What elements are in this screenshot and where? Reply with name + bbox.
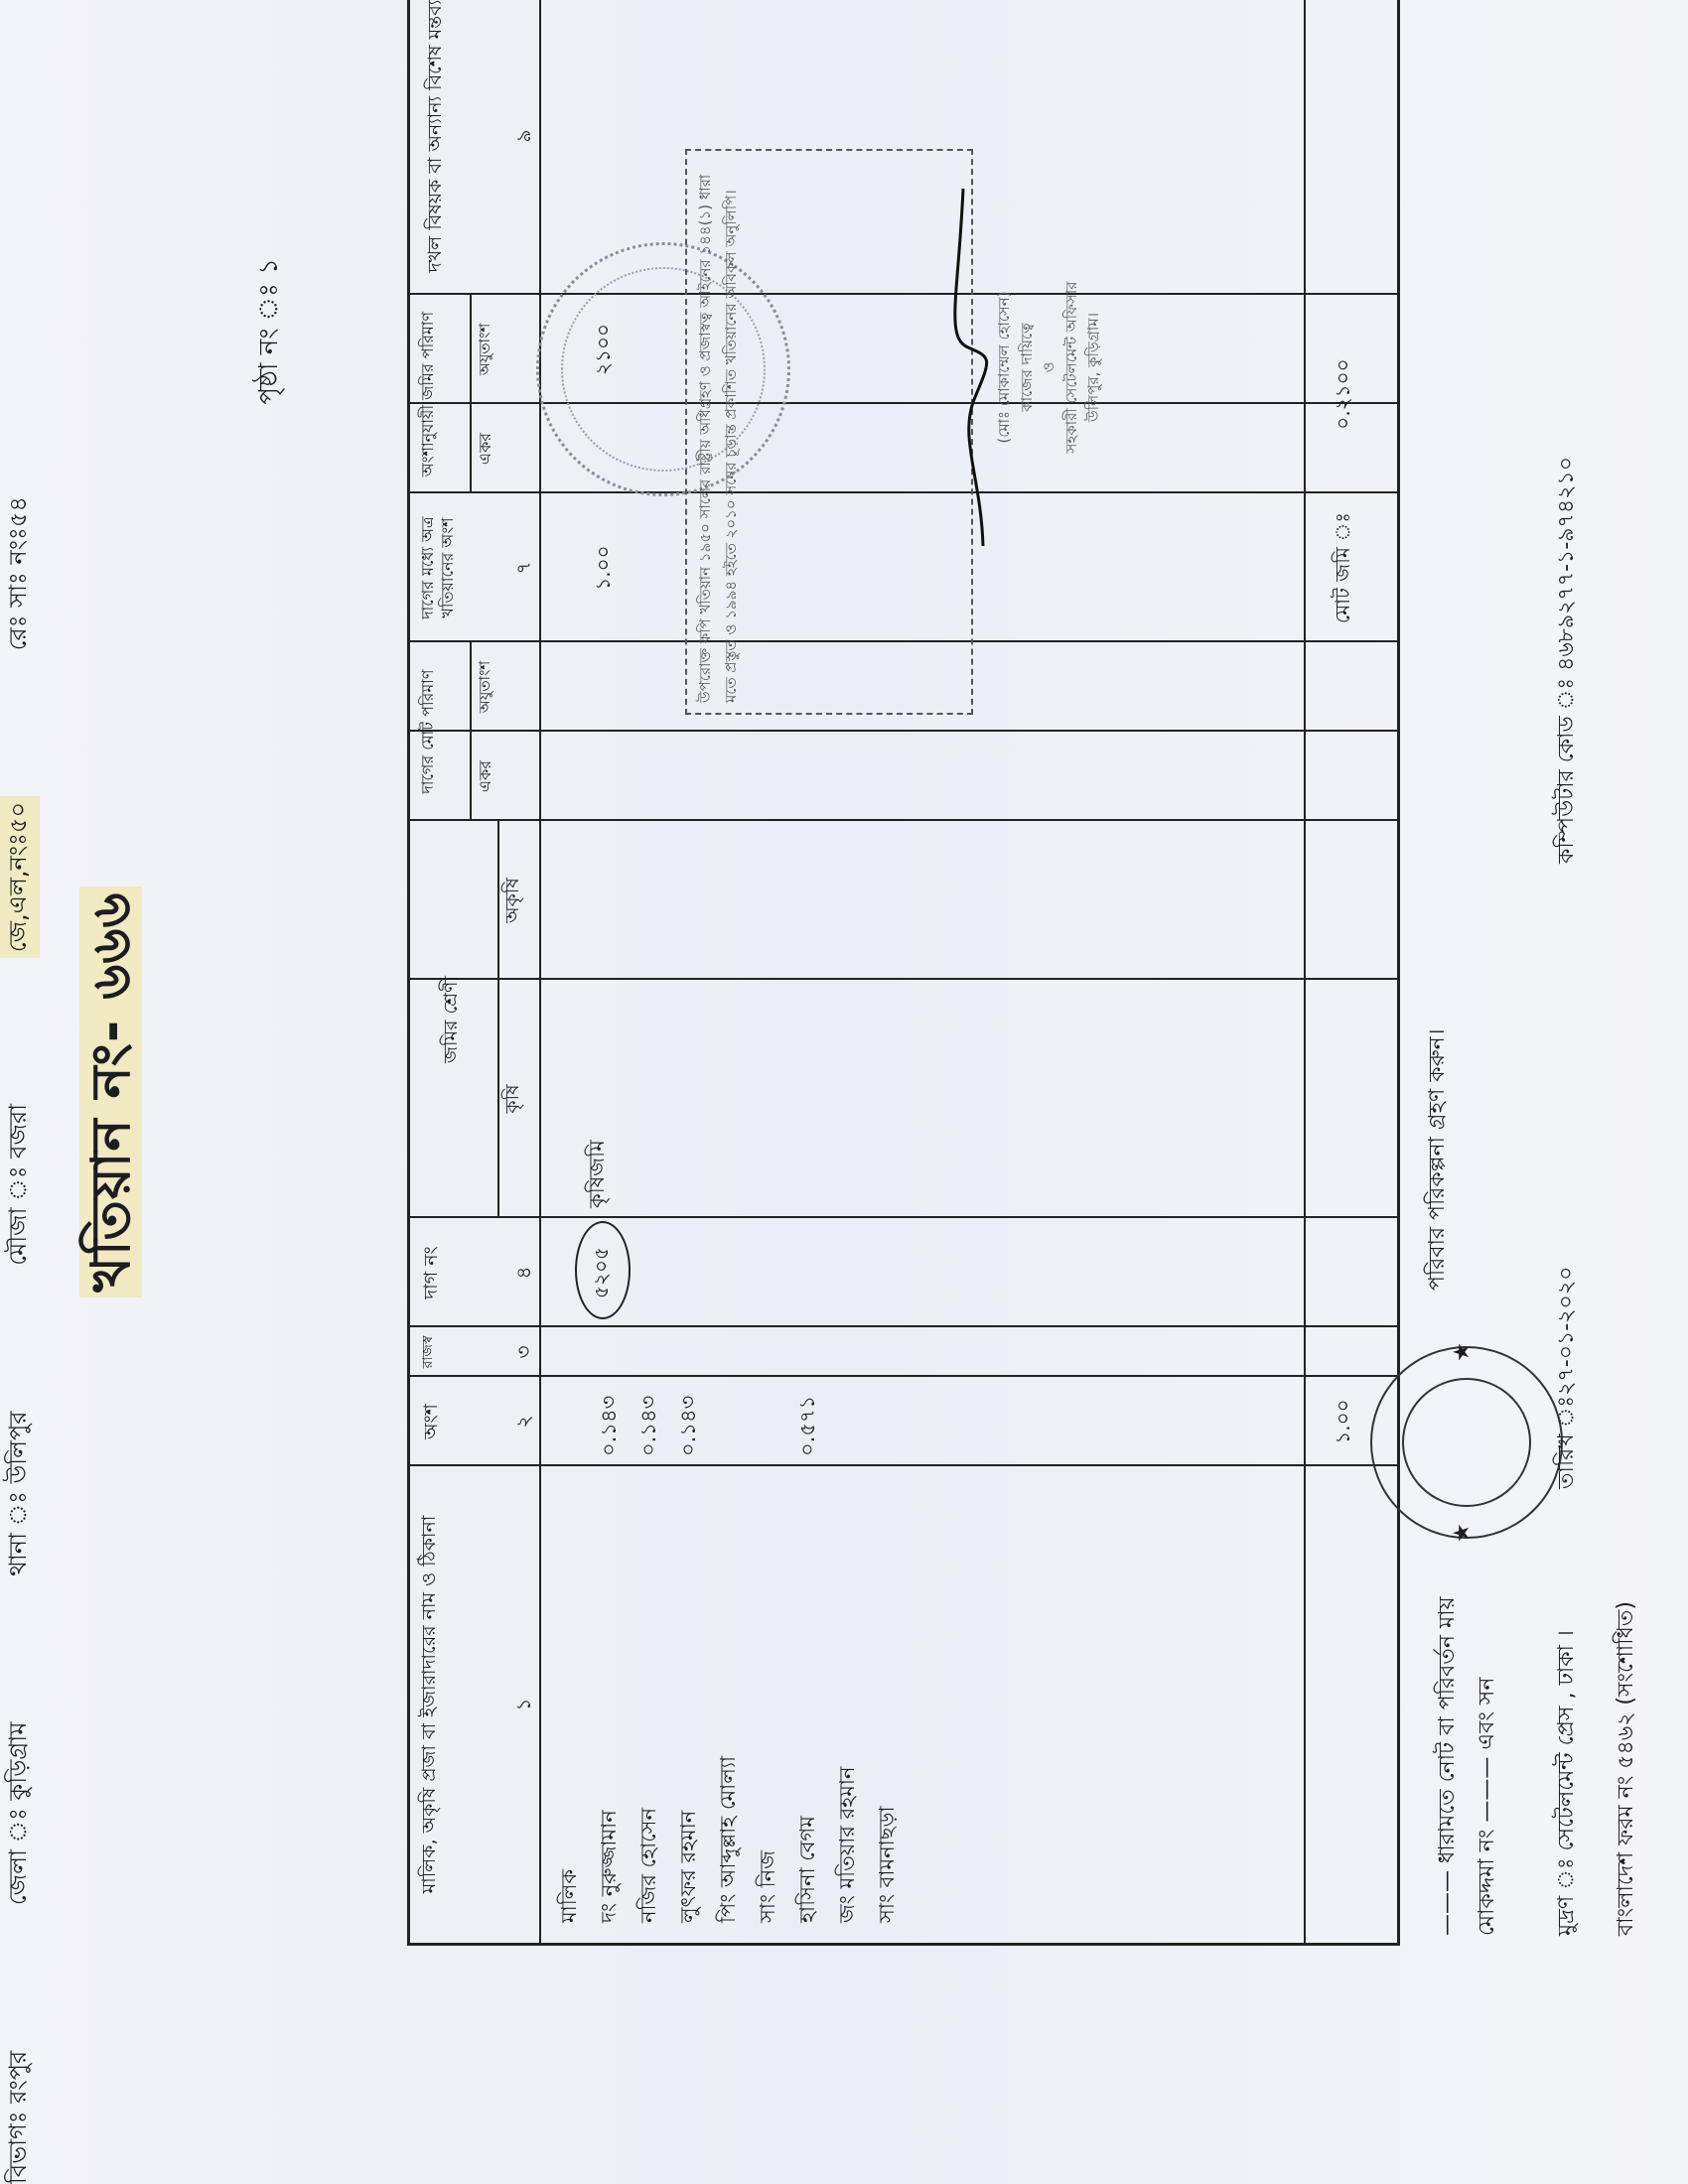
thana: থানা ঃ উলিপুর [0,1411,40,1575]
computer-code: কম্পিউটার কোড ঃ ৪৬৮৯২৭৭-১-৯৭৪২১০ [1549,457,1586,864]
header-agri: কৃষি [501,980,525,1218]
header-share-area: অংশানুযায়ী জমির পরিমাণ [418,295,438,493]
print-date: তারিখ ঃ২৭-০১-২০২০ [1549,1267,1586,1489]
owner-line: হাসিনা বেগম [787,1756,827,1923]
owner-list: মালিক দং নুরুজ্জামান নজির হোসেন লুৎফর রহ… [549,1756,907,1923]
division: বিভাগঃ রংপুর [0,2051,40,2184]
jl-number: জে,এল,নংঃ৫০ [0,796,40,958]
col-dag-acre [410,730,1397,821]
case-number: মোকদ্দমা নং ——— এবং সন [1470,1678,1506,1936]
total-land-value: ০.২১০০ [1329,295,1361,493]
colnum-dag: ৪ [509,1218,542,1327]
khatian-page: খতিয়ান নং- ৬৬৬ পৃষ্ঠা নং ঃ ১ বিভাগঃ রংপ… [0,0,1688,2184]
share-value: ০.১৪৩ [668,1396,708,1456]
printer-info: মুদ্রণ ঃ সেটেলমেন্ট প্রেস , ঢাকা । [1549,1630,1586,1936]
signatory-name: (মোঃ মোকাম্মেল হোসেন) [993,189,1016,546]
owner-line: সাং নিজ [748,1756,787,1923]
land-class-value: কৃষিজমি [577,1140,617,1208]
page-number: পৃষ্ঠা নং ঃ ১ [248,258,292,405]
colnum-owner: ১ [509,1466,542,1943]
signatory-title: সহকারী সেটেলমেন্ট অফিসার [1060,189,1083,546]
section-note: ——— ধারামতে নোট বা পরিবর্তন মায় [1430,1596,1467,1936]
colnum-share: ২ [509,1377,542,1466]
share-value: ০.৫৭১ [787,1396,827,1456]
colnum-remarks: ৯ [509,0,542,285]
header-area-shotangsho: অযুতাংশ [476,295,494,404]
col-nonagri [410,819,1397,980]
signature-icon [953,179,993,556]
family-planning-slogan: পরিবার পরিকল্পনা গ্রহণ করুন। [1420,1028,1457,1291]
form-number: বাংলাদেশ ফরম নং ৫৪৬২ (সংশোধিত) [1609,1601,1645,1936]
settlement-press-seal-icon: ★ ★ [1370,1346,1563,1539]
col-dag [410,1216,1397,1327]
signatory-line: ও [1038,189,1060,546]
header-dag-no: দাগ নং [420,1218,444,1327]
header-dag-total-area: দাগের মোট পরিমাণ [418,642,438,821]
certification-note: উপরোক্ত কপি খতিয়ান ১৯৫০ সালের রাষ্ট্রীয… [685,149,973,715]
re-sa-number: রেঃ সাঃ নংঃ৫৪ [0,496,40,650]
share-list: ০.১৪৩ ০.১৪৩ ০.১৪৩ ০.৫৭১ [589,1396,827,1456]
mouza: মৌজা ঃ বজরা [0,1104,40,1266]
total-land-label: মোট জমি ঃ [1329,493,1361,642]
location-meta: বিভাগঃ রংপুর জেলা ঃ কুড়িগ্রাম থানা ঃ উল… [0,496,40,2184]
header-share: অংশ [420,1377,444,1466]
owner-line: পিং আব্দুল্লাহ মোল্যা [708,1756,748,1923]
header-owner: মালিক, অকৃষি প্রজা বা ইজারাদারের নাম ও ঠ… [418,1476,442,1933]
signatory-line: কাজের দায়িত্বে [1016,189,1039,546]
col-agri [410,978,1397,1218]
header-area-acre: একর [476,404,495,493]
dag-number: ৫২০৫ [587,1218,620,1327]
owner-line: নজির হোসেন [629,1756,668,1923]
header-remarks: দখল বিষয়ক বা অন্যান্য বিশেষ মন্তব্য [424,0,448,285]
owner-line: লুৎফর রহমান [668,1756,708,1923]
district: জেলা ঃ কুড়িগ্রাম [0,1721,40,1905]
col-revenue [410,1325,1397,1377]
khatian-title: খতিয়ান নং- ৬৬৬ [70,754,159,1430]
owner-line: জং মতিয়ার রহমান [827,1756,867,1923]
share-value: ০.১৪৩ [629,1396,668,1456]
share-total: ১.০০ [1329,1377,1361,1466]
header-revenue: রাজস্ব [420,1327,438,1377]
header-dag-shotangsho: অযুতাংশ [476,642,494,732]
owner-line: দং নুরুজ্জামান [589,1756,629,1923]
header-land-class: জমির শ্রেণী [440,821,464,1218]
colnum-revenue: ৩ [509,1327,542,1377]
owner-line: সাং বামনাছড়া [867,1756,907,1923]
header-khatian-share: দাগের মধ্যে অত্র খতিয়ানের অংশ [418,493,458,642]
owner-line: মালিক [549,1756,589,1923]
colnum-khatian-share: ৭ [509,493,542,642]
header-nonagri: অকৃষি [501,821,525,980]
khatian-share-value: ১.০০ [589,493,622,642]
signatory-location: উলিপুর, কুড়িগ্রাম। [1082,189,1105,546]
col-share [410,1375,1397,1466]
signature-block: (মোঃ মোকাম্মেল হোসেন) কাজের দায়িত্বে ও … [993,189,1105,546]
share-value: ০.১৪৩ [589,1396,629,1456]
header-dag-acre: একর [476,732,495,821]
